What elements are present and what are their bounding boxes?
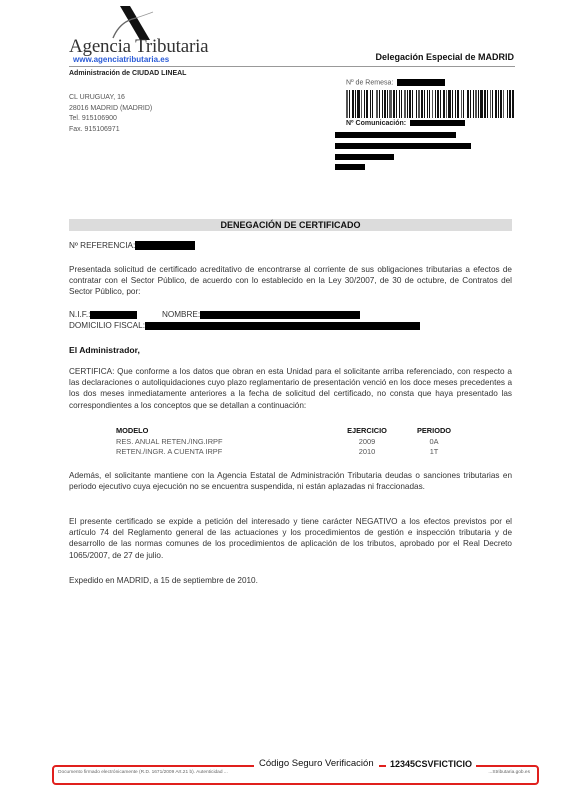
certifica-paragraph: CERTIFICA: Que conforme a los datos que … xyxy=(69,366,512,411)
address-line: Fax. 915106971 xyxy=(69,125,152,136)
domicilio-label: DOMICILIO FISCAL: xyxy=(69,321,145,330)
table-cell: RETEN./INGR. A CUENTA IRPF xyxy=(116,447,222,456)
ademas-paragraph: Además, el solicitante mantiene con la A… xyxy=(69,470,512,492)
column-header: MODELO xyxy=(116,426,148,435)
recipient-address-redaction xyxy=(335,143,471,149)
office-address: CL URUGUAY, 16 28016 MADRID (MADRID) Tel… xyxy=(69,93,152,135)
comunicacion-label: Nº Comunicación: xyxy=(346,120,406,127)
expedido-line: Expedido en MADRID, a 15 de septiembre d… xyxy=(69,575,258,586)
table-cell: 1T xyxy=(413,447,455,456)
column-header: PERIODO xyxy=(413,426,455,435)
table-cell: 2010 xyxy=(344,447,390,456)
recipient-address-redaction xyxy=(335,164,365,170)
remesa-label: Nº de Remesa: xyxy=(346,79,393,86)
comunicacion-redaction xyxy=(410,120,465,126)
nombre-redaction xyxy=(200,311,360,319)
address-line: Tel. 915106900 xyxy=(69,114,152,125)
comunicacion-row: Nº Comunicación: xyxy=(346,120,465,127)
presente-paragraph: El presente certificado se expide a peti… xyxy=(69,516,512,561)
table-cell: 2009 xyxy=(344,437,390,446)
administracion-label: Administración de CIUDAD LINEAL xyxy=(69,70,186,77)
referencia-row: Nº REFERENCIA: xyxy=(69,240,195,251)
administrador-heading: El Administrador, xyxy=(69,345,140,356)
domicilio-redaction xyxy=(145,322,420,330)
remesa-redaction xyxy=(397,79,445,86)
nif-redaction xyxy=(90,311,137,319)
recipient-address-redaction xyxy=(335,132,456,138)
address-line: 28016 MADRID (MADRID) xyxy=(69,104,152,115)
nombre-label: NOMBRE: xyxy=(162,310,200,319)
recipient-address-redaction xyxy=(335,154,394,160)
logo-url-link[interactable]: www.agenciatributaria.es xyxy=(73,55,169,64)
intro-paragraph: Presentada solicitud de certificado acre… xyxy=(69,264,512,298)
remesa-row: Nº de Remesa: xyxy=(346,79,445,86)
table-cell: 0A xyxy=(413,437,455,446)
header-divider xyxy=(69,66,515,67)
address-line: CL URUGUAY, 16 xyxy=(69,93,152,104)
nif-nombre-row: N.I.F.: NOMBRE: xyxy=(69,309,360,320)
csv-fine-print: Documento firmado electrónicamente (R.D.… xyxy=(58,770,228,775)
document-title: DENEGACIÓN DE CERTIFICADO xyxy=(69,219,512,231)
csv-code[interactable]: 12345CSVFICTICIO xyxy=(386,759,476,769)
referencia-label: Nº REFERENCIA: xyxy=(69,241,135,250)
column-header: EJERCICIO xyxy=(344,426,390,435)
delegacion-heading: Delegación Especial de MADRID xyxy=(375,52,514,62)
csv-fine-print-url: ...Stributaria.gob.es xyxy=(488,770,530,775)
nif-label: N.I.F.: xyxy=(69,310,90,319)
domicilio-row: DOMICILIO FISCAL: xyxy=(69,320,420,331)
barcode-icon xyxy=(346,90,514,118)
table-cell: RES. ANUAL RETEN./ING.IRPF xyxy=(116,437,223,446)
referencia-redaction xyxy=(135,241,195,250)
csv-label: Código Seguro Verificación xyxy=(254,758,379,769)
